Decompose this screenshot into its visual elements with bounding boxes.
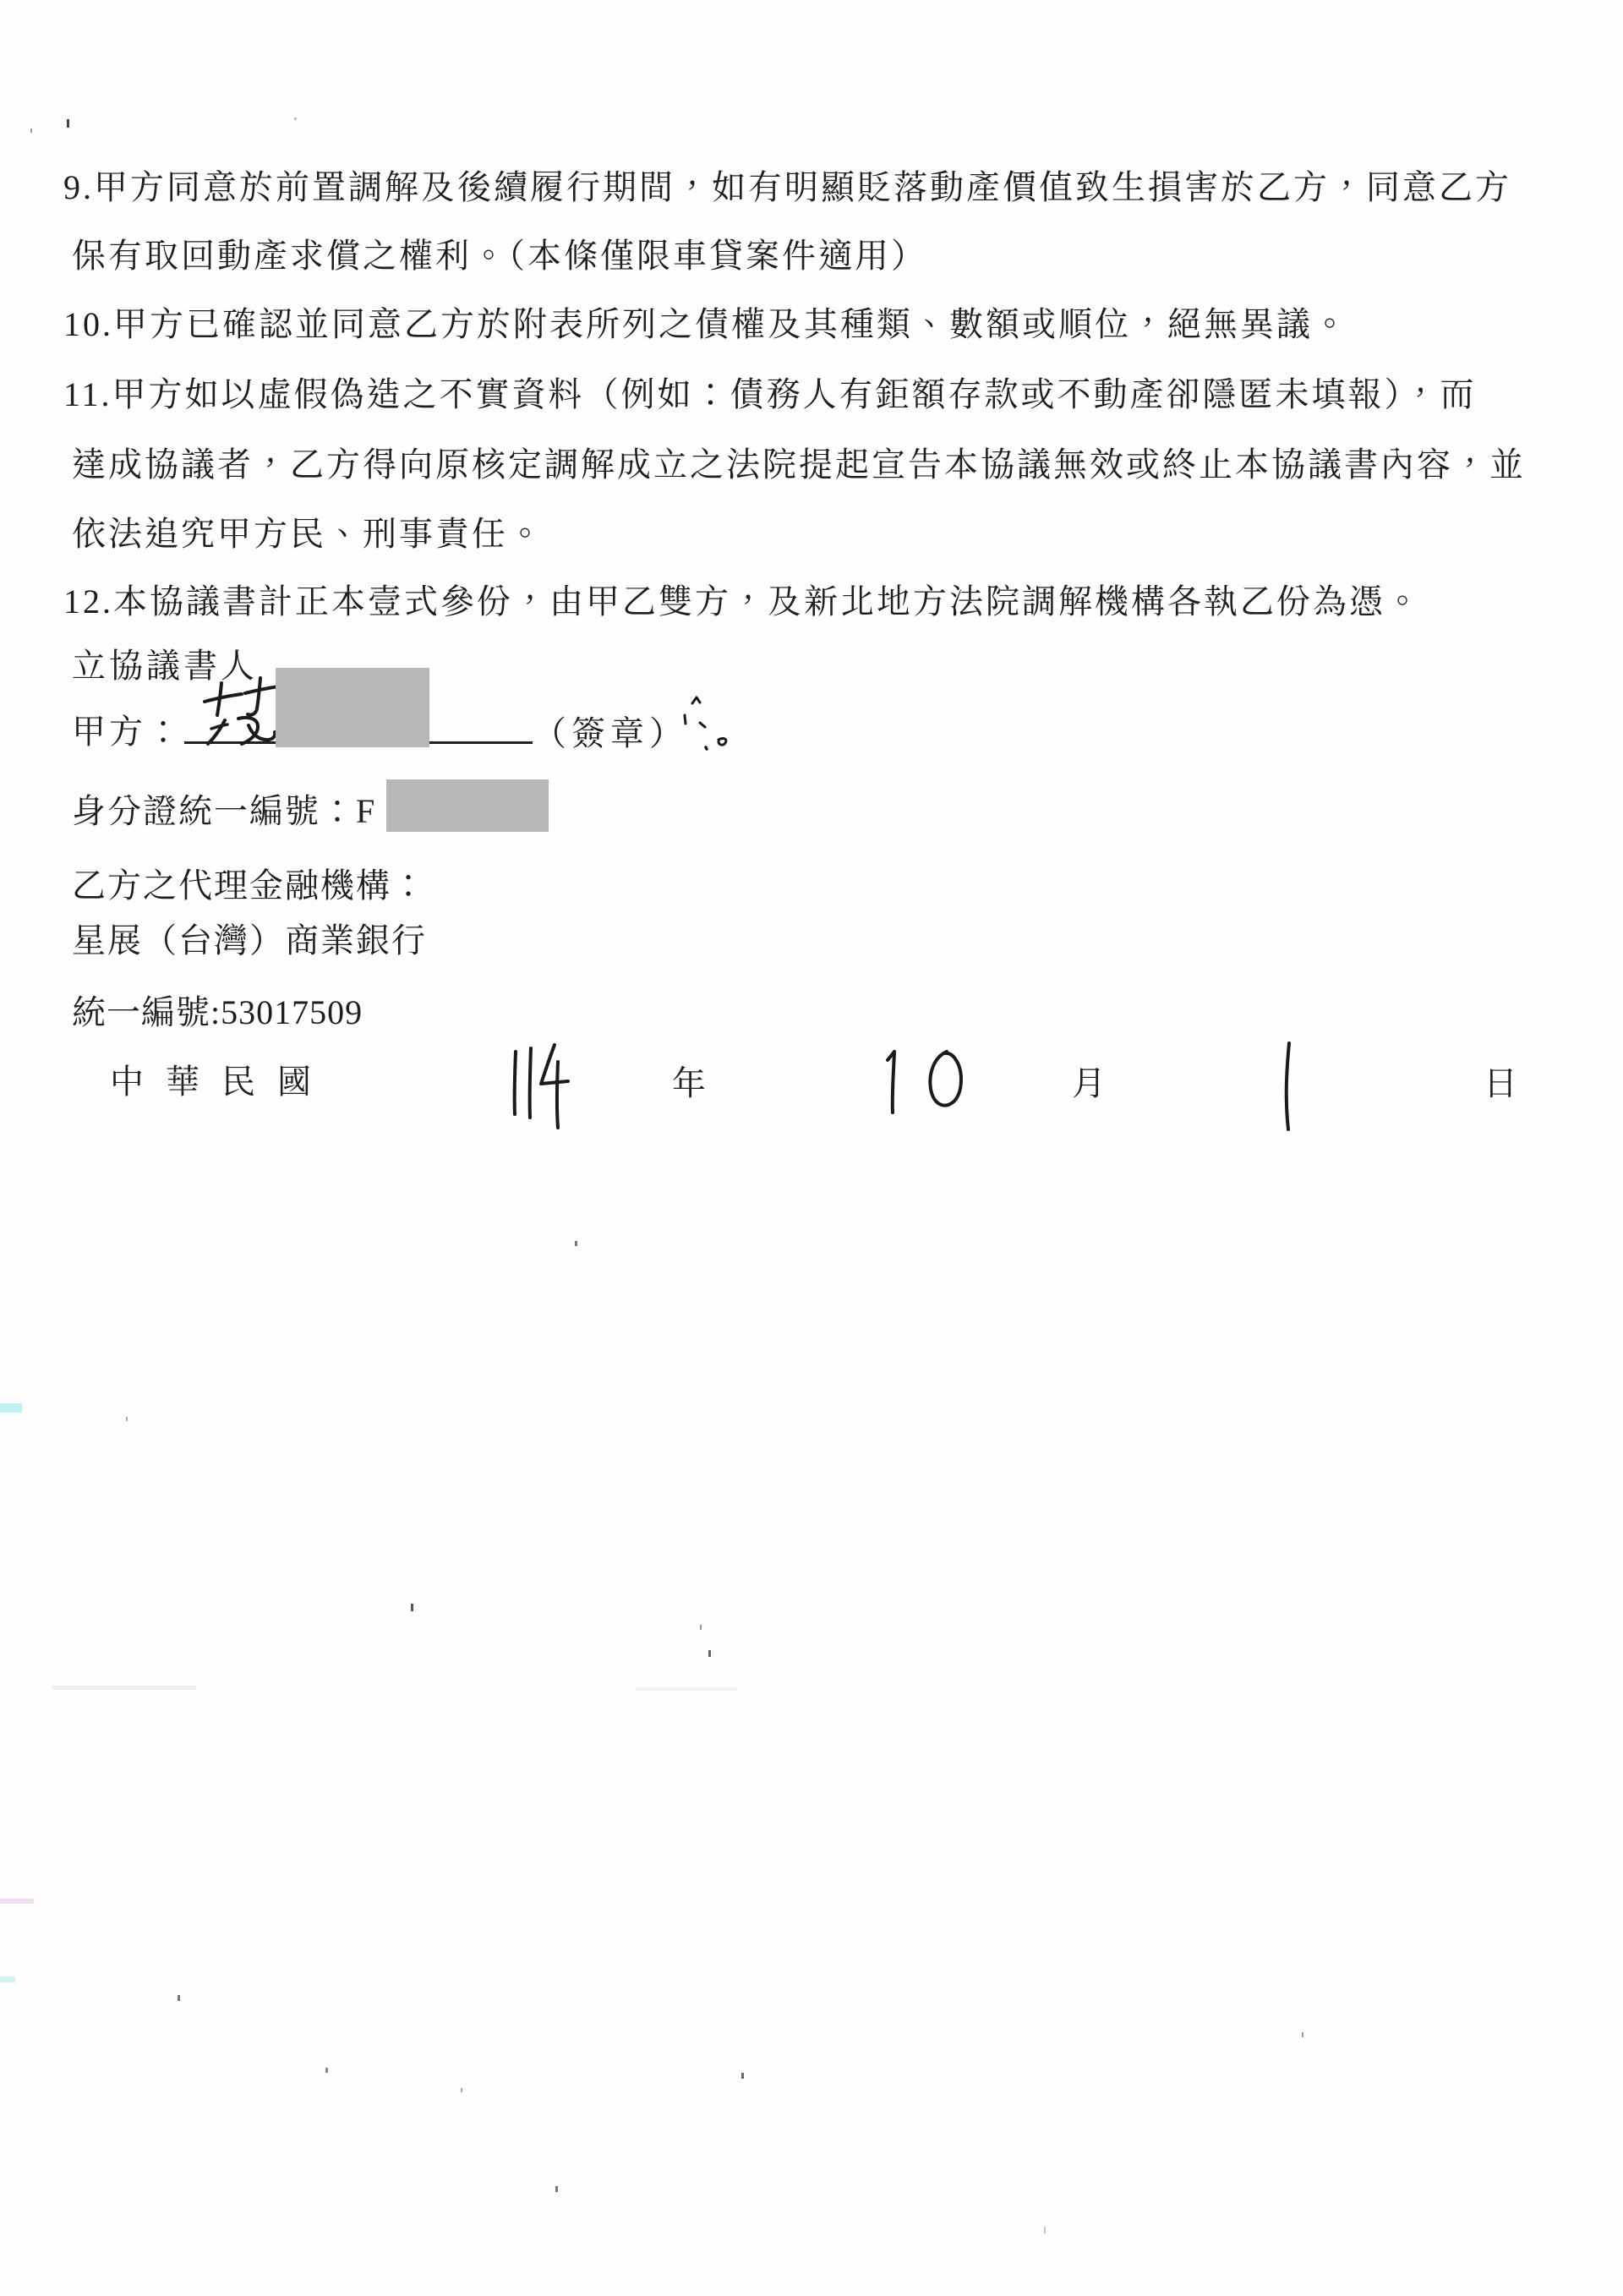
year-label: 年 — [672, 1057, 706, 1105]
uniform-number-label: 統一編號: — [72, 993, 221, 1031]
clause-9-line-1: 9.甲方同意於前置調解及後續履行期間，如有明顯貶落動產價值致生損害於乙方，同意乙… — [63, 167, 1511, 208]
scan-artifact — [325, 2068, 328, 2073]
scan-artifact — [1302, 2032, 1303, 2037]
scanned-document-page: 9.甲方同意於前置調解及後續履行期間，如有明顯貶落動產價值致生損害於乙方，同意乙… — [0, 0, 1623, 2296]
scan-artifact — [411, 1604, 413, 1611]
scan-artifact — [178, 1995, 180, 2001]
uniform-number-value: 53017509 — [221, 993, 363, 1031]
agent-bank-name: 星展（台灣）商業銀行 — [72, 914, 427, 962]
handwritten-year — [505, 1038, 582, 1131]
scan-artifact — [461, 2088, 462, 2092]
scan-artifact — [126, 1417, 128, 1421]
agent-bank-label: 乙方之代理金融機構： — [72, 859, 427, 907]
day-label: 日 — [1484, 1057, 1517, 1105]
clause-11-line-1: 11.甲方如以虛假偽造之不實資料（例如：債務人有鉅額存款或不動產卻隱匿未填報），… — [63, 374, 1477, 415]
scan-artifact — [741, 2073, 744, 2079]
seal-suffix: （簽章） — [533, 707, 688, 755]
scan-artifact — [708, 1650, 711, 1657]
redaction-box-signature — [276, 668, 429, 747]
scan-artifact — [700, 1625, 702, 1630]
ink-smudge-marks — [681, 695, 732, 754]
scan-artifact-cyan — [0, 1976, 15, 1982]
scan-artifact-cyan — [0, 1403, 22, 1413]
id-label: 身分證統一編號：F — [72, 784, 376, 833]
clause-11-line-3: 依法追究甲方民、刑事責任。 — [72, 514, 544, 555]
party-a-label: 甲方： — [72, 705, 183, 753]
uniform-number-line: 統一編號:53017509 — [72, 986, 363, 1034]
era-label: 中華民國 — [110, 1055, 333, 1103]
clause-12-line: 12.本協議書計正本壹式參份，由甲乙雙方，及新北地方法院調解機構各執乙份為憑。 — [63, 582, 1422, 622]
scan-artifact — [294, 118, 297, 120]
scan-artifact — [575, 1241, 577, 1246]
scan-artifact — [1044, 2227, 1046, 2233]
scan-artifact — [30, 128, 32, 133]
clause-10-line: 10.甲方已確認並同意乙方於附表所列之債權及其種類、數額或順位，絕無異議。 — [63, 304, 1349, 345]
handwritten-signature — [199, 673, 284, 749]
clause-9-line-2: 保有取回動產求償之權利。（本條僅限車貸案件適用） — [72, 236, 927, 276]
clause-11-line-2: 達成協議者，乙方得向原核定調解成立之法院提起宣告本協議無效或終止本協議書內容，並 — [72, 445, 1526, 485]
scan-artifact — [52, 1686, 196, 1690]
handwritten-day — [1276, 1038, 1302, 1135]
handwritten-month — [877, 1036, 970, 1121]
scan-artifact — [555, 2186, 558, 2192]
scan-artifact — [636, 1687, 737, 1691]
month-label: 月 — [1072, 1057, 1106, 1105]
scan-artifact — [67, 119, 69, 128]
scan-artifact-pink — [0, 1899, 34, 1904]
redaction-box-id-number — [386, 779, 549, 832]
